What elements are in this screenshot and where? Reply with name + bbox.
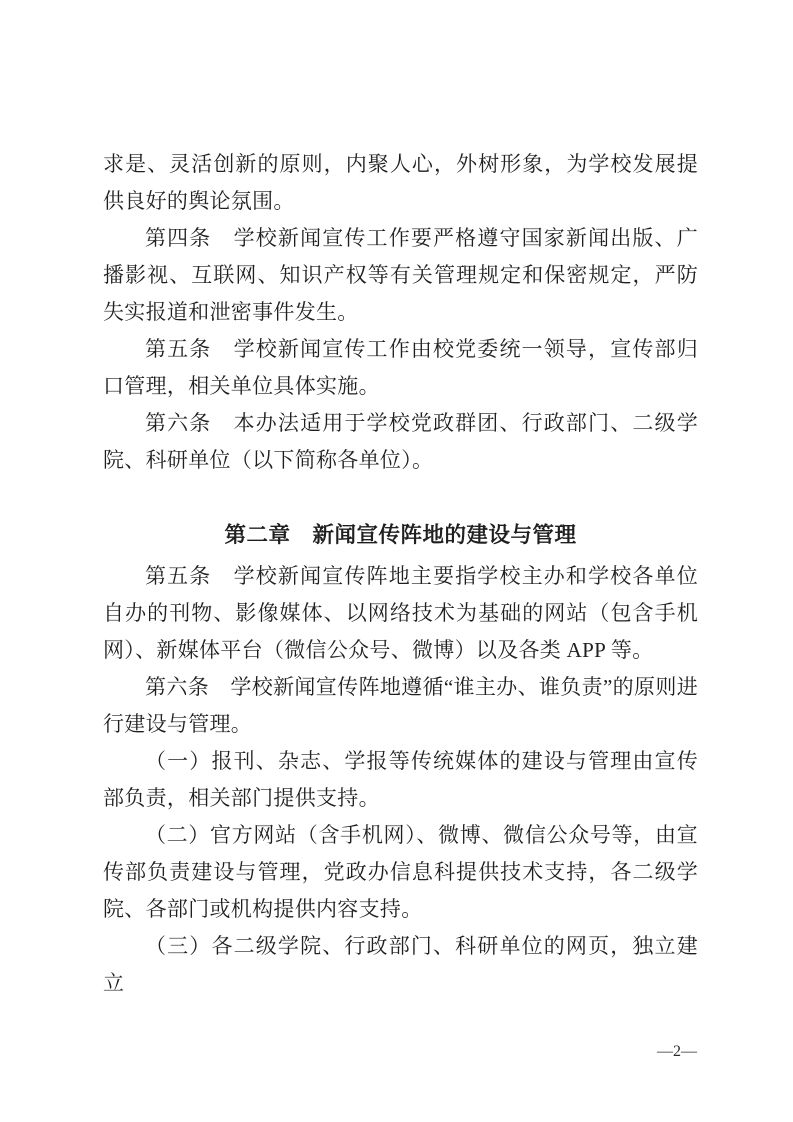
document-page: 求是、灵活创新的原则，内聚人心，外树形象，为学校发展提供良好的舆论氛围。第四条 … bbox=[0, 0, 793, 1122]
paragraph: 第四条 学校新闻宣传工作要严格遵守国家新闻出版、广播影视、互联网、知识产权等有关… bbox=[103, 220, 698, 331]
paragraph: （二）官方网站（含手机网）、微博、微信公众号等，由宣传部负责建设与管理，党政办信… bbox=[103, 817, 698, 928]
chapter-heading: 第二章 新闻宣传阵地的建设与管理 bbox=[103, 517, 698, 554]
document-body: 求是、灵活创新的原则，内聚人心，外树形象，为学校发展提供良好的舆论氛围。第四条 … bbox=[103, 146, 698, 1002]
paragraph: 第五条 学校新闻宣传工作由校党委统一领导，宣传部归口管理，相关单位具体实施。 bbox=[103, 331, 698, 405]
paragraph: 第五条 学校新闻宣传阵地主要指学校主办和学校各单位自办的刊物、影像媒体、以网络技… bbox=[103, 558, 698, 669]
page-number: —2— bbox=[657, 1044, 697, 1060]
paragraph: 求是、灵活创新的原则，内聚人心，外树形象，为学校发展提供良好的舆论氛围。 bbox=[103, 146, 698, 220]
paragraph: 第六条 学校新闻宣传阵地遵循“谁主办、谁负责”的原则进行建设与管理。 bbox=[103, 669, 698, 743]
paragraph: （三）各二级学院、行政部门、科研单位的网页，独立建立 bbox=[103, 928, 698, 1002]
paragraph: （一）报刊、杂志、学报等传统媒体的建设与管理由宣传部负责，相关部门提供支持。 bbox=[103, 743, 698, 817]
paragraph: 第六条 本办法适用于学校党政群团、行政部门、二级学院、科研单位（以下简称各单位）… bbox=[103, 405, 698, 479]
